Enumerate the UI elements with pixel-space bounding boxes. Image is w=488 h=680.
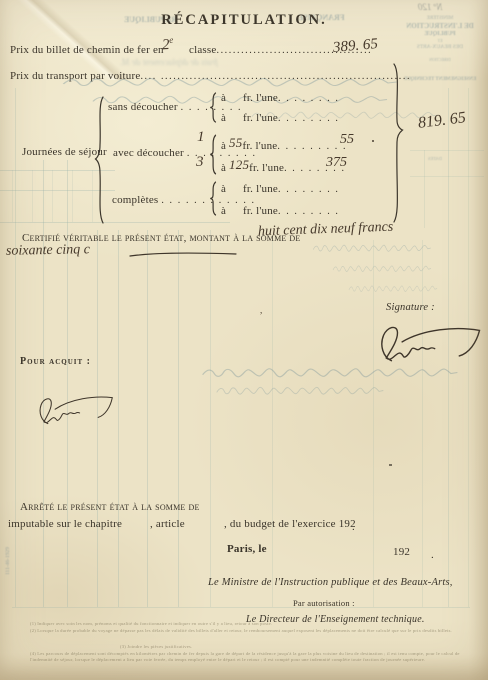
scanned-form-recapitulation: Nº 120 MINISTÈRE DE L'INSTRUCTION PUBLIQ…	[0, 0, 488, 680]
bleed-handwriting-squiggle	[215, 385, 385, 396]
bleed-handwriting-squiggle	[332, 264, 432, 273]
footnote-1: (1) Indiquer avec soin les nom, prénoms …	[30, 621, 466, 627]
unit-label: fr. l'une	[243, 112, 278, 124]
bleed-grid-line	[210, 230, 211, 607]
billet-class-exp: e	[169, 35, 174, 45]
bleed-grid-line	[43, 160, 44, 607]
price-row: à fr. l'une. . . . . . . .	[221, 205, 340, 217]
bleed-grid-line	[67, 160, 68, 607]
bleed-number: Nº 120	[418, 2, 443, 12]
bleed-handwriting-squiggle	[200, 366, 460, 379]
paper-crease	[0, 0, 140, 80]
pour-acquit-label: Pour acquit :	[20, 356, 91, 367]
paris-le-label: Paris, le	[227, 543, 267, 555]
unit-label: fr. l'une	[243, 92, 278, 104]
a-label: à	[221, 112, 226, 124]
arrete-article: , article	[150, 518, 185, 530]
pour-acquit-signature-ink	[32, 381, 118, 431]
bleed-grid-line	[424, 150, 425, 228]
brace-small-1	[209, 92, 217, 123]
category-label: avec découcher	[113, 147, 184, 159]
bleed-grid-line	[422, 240, 423, 607]
bleed-grid-line	[12, 607, 470, 608]
bleed-ministry-line: MINISTÈRE	[427, 16, 454, 21]
ink-dot	[372, 140, 374, 142]
unit-label: fr. l'une	[243, 205, 278, 217]
total-handwritten-55: 55	[340, 132, 354, 148]
brace-left-large	[94, 95, 106, 225]
bleed-grid-line	[178, 230, 179, 607]
bleed-grid-line	[52, 170, 53, 222]
qty-handwritten-1: 1	[197, 129, 205, 146]
leader-dots: . . . . . . . . .	[277, 141, 347, 152]
bleed-ministry-line: DE L'INSTRUCTION	[406, 22, 474, 30]
price-row: à fr. l'une. . . . . . . .	[221, 112, 340, 124]
bleed-ministry-line: PUBLIQUE	[424, 31, 455, 37]
margin-print-code: 111-46-1929	[5, 531, 11, 591]
ink-speck	[389, 464, 392, 466]
page-title: RÉCAPITULATION.	[161, 12, 326, 29]
bleed-grid-line	[147, 230, 148, 607]
par-autorisation-label: Par autorisation :	[293, 598, 355, 608]
a-label: à	[221, 92, 226, 104]
category-label: complètes	[112, 194, 158, 206]
bleed-handwriting-squiggle	[60, 76, 400, 88]
bleed-ministry-line: DES BEAUX-ARTS	[417, 44, 463, 50]
brace-small-3	[209, 181, 217, 216]
arrete-budget: , du budget de l'exercice 192	[224, 518, 356, 530]
bleed-ministry-line: DIRECTION	[429, 57, 451, 62]
bleed-grid-line	[0, 222, 230, 223]
year-dot: .	[431, 549, 434, 561]
rate-handwritten: 55	[229, 135, 242, 150]
leader-dots: . . . . . . . .	[278, 113, 340, 124]
ink-stray-mark: ,	[260, 305, 262, 315]
a-label: à	[221, 162, 226, 174]
classe-label: classe	[189, 44, 216, 56]
bleed-grid-line	[118, 230, 119, 607]
brace-small-2	[209, 134, 217, 175]
billet-label: Prix du billet de chemin de fer en	[10, 44, 164, 56]
category-label: sans découcher	[108, 101, 178, 113]
arrete-chapitre: imputable sur le chapitre	[8, 518, 122, 530]
signature-ink	[370, 310, 487, 368]
bleed-grid-line	[92, 170, 93, 222]
bleed-handwriting-squiggle	[348, 284, 438, 293]
certify-amount-words-2: soixante cinq c	[6, 242, 90, 259]
unit-label: fr. l'une	[249, 162, 284, 174]
qty-handwritten-3: 3	[196, 154, 204, 171]
bleed-grid-line	[12, 170, 13, 222]
bleed-grid-line	[410, 150, 484, 151]
leader-dots: . . . . . . . .	[278, 93, 340, 104]
leader-dots: . . . . . . . .	[278, 206, 340, 217]
rate-handwritten: 125	[229, 157, 249, 172]
leader-dots: . . . . . . . .	[278, 184, 340, 195]
unit-label: fr. l'une	[243, 183, 278, 195]
bleed-ministry-line: ET	[438, 38, 443, 43]
price-row: à 55fr. l'une. . . . . . . . .	[221, 137, 347, 153]
bleed-ministry-line: ENSEIGNEMENT TECHNIQUE	[404, 77, 476, 82]
price-row: à fr. l'une. . . . . . . .	[221, 92, 340, 104]
minister-line: Le Ministre de l'Instruction publique et…	[208, 577, 453, 588]
handwritten-dash	[128, 250, 238, 258]
certify-amount-words-1: huit cent dix neuf francs	[258, 220, 394, 241]
bleed-grid-line	[410, 176, 484, 177]
bleed-handwriting-squiggle	[312, 243, 432, 253]
bleed-grid-line	[373, 240, 374, 607]
brace-right-large	[391, 62, 405, 224]
unit-label: fr. l'une	[242, 140, 277, 152]
bleed-grid-line	[272, 240, 273, 607]
footnote-3: (3) Joindre les pièces justificatives.	[120, 644, 420, 650]
bleed-dates-label: DATES	[428, 156, 442, 161]
billet-class-handwritten: 2e	[161, 35, 174, 55]
a-label: à	[221, 205, 226, 217]
total-handwritten-375: 375	[326, 155, 347, 171]
signature-label: Signature :	[386, 302, 435, 313]
bleed-grid-line	[72, 170, 73, 222]
a-label: à	[221, 140, 226, 152]
footnote-4: (4) Les parcours de déplacement sont déc…	[30, 651, 474, 664]
arrete-dot: .	[352, 521, 355, 533]
arrete-line1: Arrêté le présent état à la somme de	[20, 501, 200, 513]
a-label: à	[221, 183, 226, 195]
year-192: 192	[393, 546, 410, 558]
bleed-ghost-print: frais de déplacement de M.	[120, 57, 218, 67]
bleed-grid-line	[32, 170, 33, 222]
footnote-2: (2) Lorsque la durée probable du voyage …	[30, 628, 476, 634]
price-row: à fr. l'une. . . . . . . .	[221, 183, 340, 195]
